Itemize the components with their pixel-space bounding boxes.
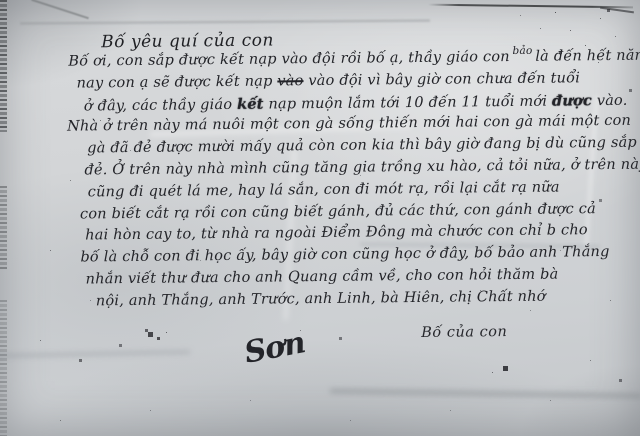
letter-word-bold: được [552,92,592,109]
handwritten-letter: Bố yêu quí của con Bố ơi, con sắp được k… [0,0,640,436]
letter-text: là đến hết năm [535,48,640,65]
letter-text: vào đội vì bây giờ con chưa đến tuổi [308,70,580,89]
letter-word-bold: kết [237,95,264,112]
letter-word-sup: bảo [512,45,532,57]
ink-speckles [0,0,1,1]
letter-body: Bố ơi, con sắp được kết nạp vào đội rồi … [0,48,640,316]
letter-photo: Bố yêu quí của con Bố ơi, con sắp được k… [0,0,640,436]
letter-text: nội, anh Thắng, anh Trước, anh Linh, bà … [96,288,546,309]
letter-signature: Sơn [242,325,308,371]
letter-salutation: Bố yêu quí của con [101,30,274,52]
letter-text: ở đây, các thầy giáo [84,97,233,115]
letter-closing: Bố của con [421,324,507,341]
letter-word-strike: vào [277,73,303,89]
letter-text: vào. [597,92,628,108]
letter-text: nạp muộn lắm tới 10 đến 11 tuổi mới [268,93,547,112]
letter-text: nay con ạ sẽ được kết nạp [76,73,272,91]
letter-text: hai hòn cay to, từ nhà ra ngoài Điểm Đôn… [85,223,588,244]
letter-text: Bố ơi, con sắp được kết nạp vào đội rồi … [68,49,510,70]
